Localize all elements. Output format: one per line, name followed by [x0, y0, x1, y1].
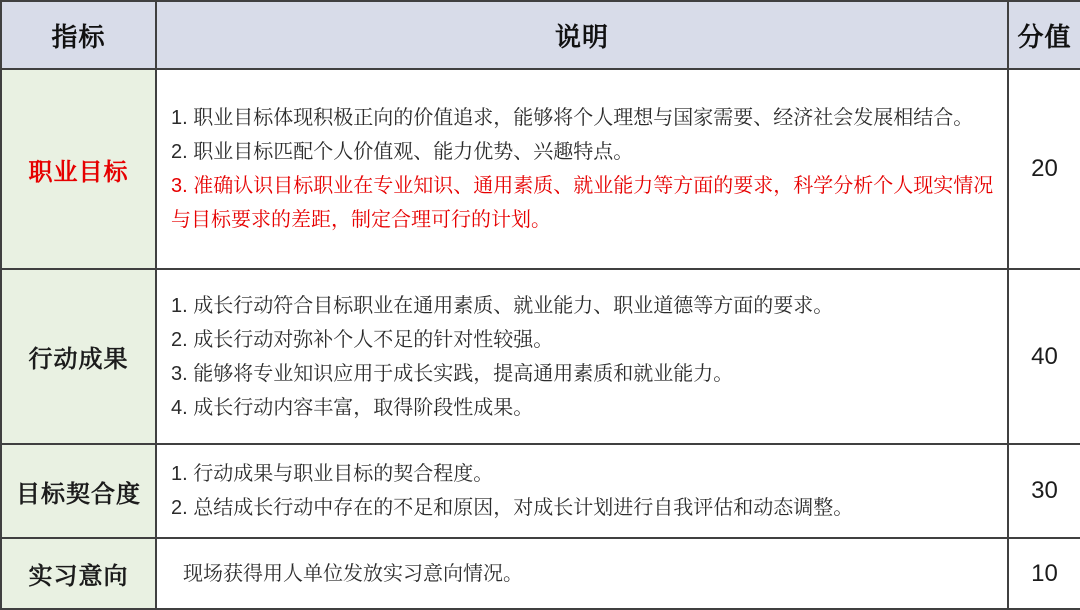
indicator-action-results: 行动成果 [1, 269, 156, 444]
description-action-results: 1. 成长行动符合目标职业在通用素质、就业能力、职业道德等方面的要求。 2. 成… [156, 269, 1008, 444]
score-action-results: 40 [1008, 269, 1080, 444]
desc-line: 现场获得用人单位发放实习意向情况。 [183, 557, 997, 591]
desc-line: 1. 成长行动符合目标职业在通用素质、就业能力、职业道德等方面的要求。 [171, 289, 997, 323]
header-description: 说明 [156, 1, 1008, 69]
table-row-goal-fit: 目标契合度 1. 行动成果与职业目标的契合程度。 2. 总结成长行动中存在的不足… [1, 444, 1080, 538]
description-internship-intent: 现场获得用人单位发放实习意向情况。 [156, 538, 1008, 609]
table-row-action-results: 行动成果 1. 成长行动符合目标职业在通用素质、就业能力、职业道德等方面的要求。… [1, 269, 1080, 444]
evaluation-rubric-table: 指标 说明 分值 职业目标 1. 职业目标体现积极正向的价值追求，能够将个人理想… [0, 0, 1080, 610]
description-career-goal: 1. 职业目标体现积极正向的价值追求，能够将个人理想与国家需要、经济社会发展相结… [156, 69, 1008, 269]
table-row-internship-intent: 实习意向 现场获得用人单位发放实习意向情况。 10 [1, 538, 1080, 609]
score-goal-fit: 30 [1008, 444, 1080, 538]
desc-line: 4. 成长行动内容丰富，取得阶段性成果。 [171, 391, 997, 425]
header-indicator: 指标 [1, 1, 156, 69]
desc-line: 3. 准确认识目标职业在专业知识、通用素质、就业能力等方面的要求，科学分析个人现… [171, 169, 997, 237]
indicator-career-goal: 职业目标 [1, 69, 156, 269]
indicator-goal-fit: 目标契合度 [1, 444, 156, 538]
desc-line: 2. 总结成长行动中存在的不足和原因，对成长计划进行自我评估和动态调整。 [171, 491, 997, 525]
description-goal-fit: 1. 行动成果与职业目标的契合程度。 2. 总结成长行动中存在的不足和原因，对成… [156, 444, 1008, 538]
score-internship-intent: 10 [1008, 538, 1080, 609]
score-career-goal: 20 [1008, 69, 1080, 269]
header-score: 分值 [1008, 1, 1080, 69]
desc-line: 1. 职业目标体现积极正向的价值追求，能够将个人理想与国家需要、经济社会发展相结… [171, 101, 997, 135]
desc-line: 2. 职业目标匹配个人价值观、能力优势、兴趣特点。 [171, 135, 997, 169]
desc-line: 3. 能够将专业知识应用于成长实践，提高通用素质和就业能力。 [171, 357, 997, 391]
desc-line: 2. 成长行动对弥补个人不足的针对性较强。 [171, 323, 997, 357]
desc-line: 1. 行动成果与职业目标的契合程度。 [171, 457, 997, 491]
indicator-internship-intent: 实习意向 [1, 538, 156, 609]
table-row-career-goal: 职业目标 1. 职业目标体现积极正向的价值追求，能够将个人理想与国家需要、经济社… [1, 69, 1080, 269]
header-row: 指标 说明 分值 [1, 1, 1080, 69]
